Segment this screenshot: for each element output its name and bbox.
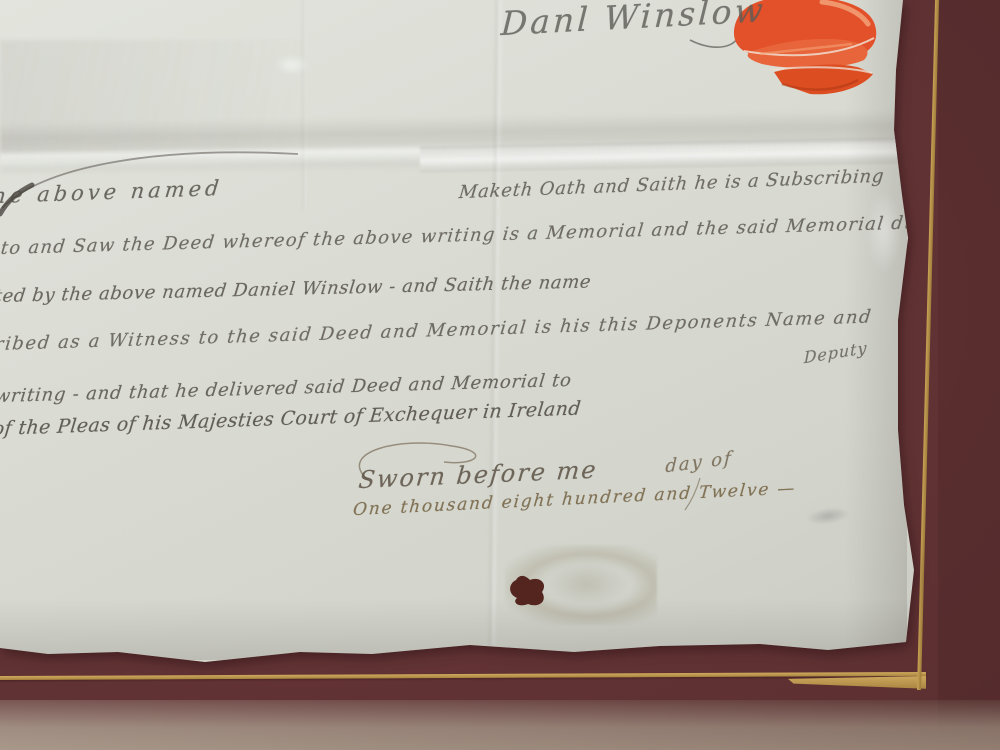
parchment-paper: Danl Winslow he above named Maketh Oath … — [0, 0, 1000, 750]
parchment-surface: Danl Winslow he above named Maketh Oath … — [0, 0, 922, 670]
wax-blot — [510, 576, 544, 605]
framed-document-photo: Danl Winslow he above named Maketh Oath … — [0, 0, 1000, 750]
